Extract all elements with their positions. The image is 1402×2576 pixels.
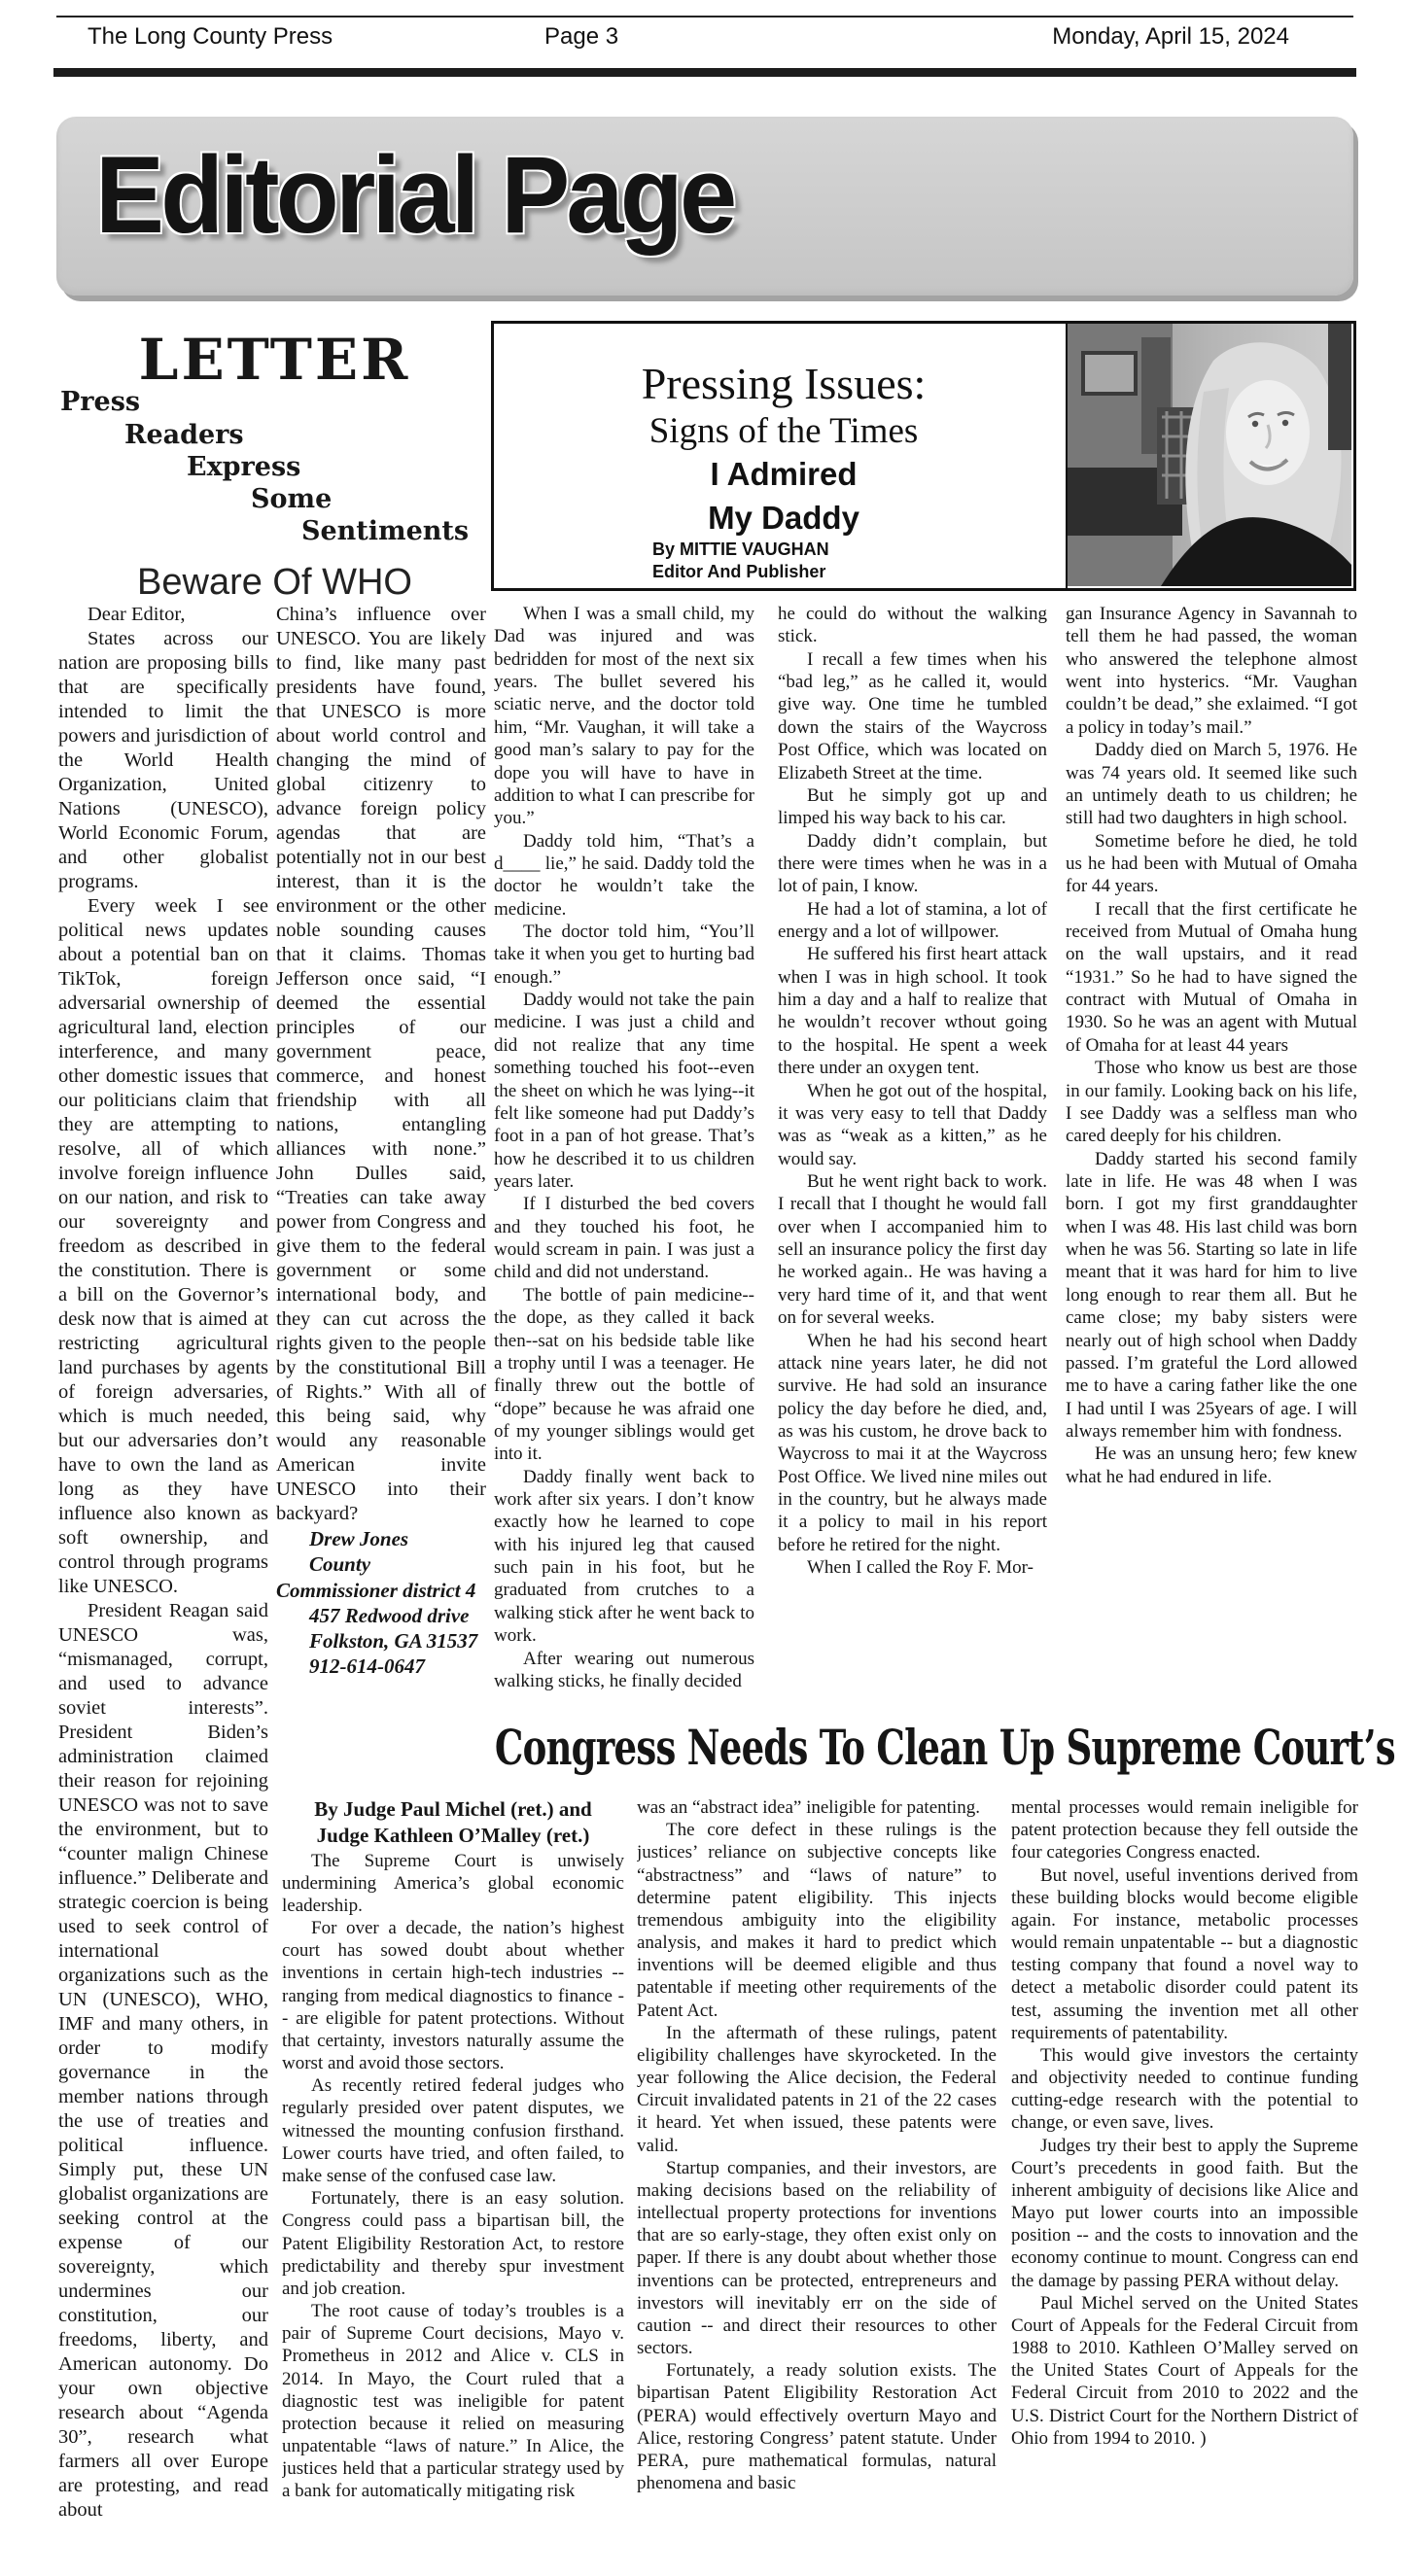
masthead-date: Monday, April 15, 2024 xyxy=(1052,23,1289,51)
pressing-byline-block: By MITTIE VAUGHAN Editor And Publisher xyxy=(652,540,915,582)
pressing-issues-header: Pressing Issues: Signs of the Times I Ad… xyxy=(494,324,1073,588)
paragraph: But he went right back to work. I recall… xyxy=(778,1170,1047,1330)
pressing-headline-line1: I Admired xyxy=(494,453,1073,497)
paragraph: Sometime before he died, he told us he h… xyxy=(1066,830,1357,898)
paragraph: Judges try their best to apply the Supre… xyxy=(1011,2135,1358,2292)
paragraph: Folkston, GA 31537 xyxy=(276,1628,486,1654)
letter-kicker-some: Some xyxy=(251,484,332,514)
paragraph: This would give investors the certainty … xyxy=(1011,2044,1358,2135)
paragraph: Daddy started his second family late in … xyxy=(1066,1148,1357,1444)
paragraph: States across our nation are proposing b… xyxy=(58,627,268,894)
daddy-column-2: he could do without the walking stick.I … xyxy=(778,603,1047,1742)
paragraph: The core defect in these rulings is the … xyxy=(637,1819,997,2022)
paragraph: He suffered his first heart attack when … xyxy=(778,943,1047,1079)
congress-byline: By Judge Paul Michel (ret.) and Judge Ka… xyxy=(282,1796,624,1850)
paragraph: Daddy would not take the pain medicine. … xyxy=(494,989,754,1193)
paragraph: The root cause of today’s troubles is a … xyxy=(282,2300,624,2503)
pressing-headline-line2: My Daddy xyxy=(494,497,1073,540)
paragraph: Daddy told him, “That’s a d____ lie,” he… xyxy=(494,830,754,921)
paragraph: China’s influence over UNESCO. You are l… xyxy=(276,603,486,1526)
paragraph: 912-614-0647 xyxy=(276,1654,486,1679)
paragraph: In the aftermath of these rulings, paten… xyxy=(637,2022,997,2157)
paragraph: When I was a small child, my Dad was inj… xyxy=(494,603,754,830)
newspaper-page: The Long County Press Page 3 Monday, Apr… xyxy=(0,0,1402,2576)
paragraph: Daddy died on March 5, 1976. He was 74 y… xyxy=(1066,739,1357,829)
pressing-byline-role: Editor And Publisher xyxy=(652,561,915,583)
letter-headline: Beware Of WHO xyxy=(58,562,491,604)
letter-kicker-readers: Readers xyxy=(124,420,244,450)
paragraph: 457 Redwood drive xyxy=(276,1603,486,1628)
congress-column-2: was an “abstract idea” ineligible for pa… xyxy=(637,1796,997,2572)
columnist-photo-image xyxy=(1068,324,1351,586)
paragraph: As recently retired federal judges who r… xyxy=(282,2074,624,2187)
paragraph: But he simply got up and limped his way … xyxy=(778,784,1047,830)
paragraph: Daddy finally went back to work after si… xyxy=(494,1466,754,1648)
editorial-page-banner: Editorial Page xyxy=(56,117,1353,296)
paragraph: Daddy didn’t complain, but there were ti… xyxy=(778,830,1047,898)
paragraph: Dear Editor, xyxy=(58,603,268,627)
paragraph: He had a lot of stamina, a lot of energy… xyxy=(778,898,1047,944)
masthead: The Long County Press Page 3 Monday, Apr… xyxy=(0,23,1402,56)
paragraph: Startup companies, and their investors, … xyxy=(637,2157,997,2360)
pressing-column-subtitle: Signs of the Times xyxy=(494,410,1073,453)
paragraph: Every week I see political news updates … xyxy=(58,894,268,1599)
letter-kicker-sentiments: Sentiments xyxy=(301,516,469,546)
paragraph: President Reagan said UNESCO was, “misma… xyxy=(58,1599,268,2523)
congress-column-3: mental processes would remain ineligible… xyxy=(1011,1796,1358,2572)
paragraph: After wearing out numerous walking stick… xyxy=(494,1648,754,1693)
paragraph: Those who know us best are those in our … xyxy=(1066,1057,1357,1147)
paragraph: mental processes would remain ineligible… xyxy=(1011,1796,1358,1864)
letter-column-1: Dear Editor,States across our nation are… xyxy=(58,603,268,2525)
paragraph: If I disturbed the bed covers and they t… xyxy=(494,1193,754,1283)
paragraph: Fortunately, a ready solution exists. Th… xyxy=(637,2359,997,2494)
congress-column-1: By Judge Paul Michel (ret.) and Judge Ka… xyxy=(282,1796,624,2572)
paragraph: When he got out of the hospital, it was … xyxy=(778,1080,1047,1170)
paragraph: he could do without the walking stick. xyxy=(778,603,1047,648)
letter-column-2-text: China’s influence over UNESCO. You are l… xyxy=(276,603,486,1526)
paragraph: County Commissioner district 4 xyxy=(276,1551,486,1603)
paragraph: I recall that the first certificate he r… xyxy=(1066,898,1357,1058)
paragraph: When I called the Roy F. Mor- xyxy=(778,1556,1047,1579)
masthead-page-number: Page 3 xyxy=(544,23,618,51)
paragraph: Paul Michel served on the United States … xyxy=(1011,2292,1358,2450)
paragraph: For over a decade, the nation’s highest … xyxy=(282,1917,624,2074)
daddy-column-3: gan Insurance Agency in Savannah to tell… xyxy=(1066,603,1357,1742)
paragraph: The Supreme Court is unwisely underminin… xyxy=(282,1850,624,1918)
letter-column-2: China’s influence over UNESCO. You are l… xyxy=(276,603,486,1755)
paragraph: I recall a few times when his “bad leg,”… xyxy=(778,648,1047,784)
letter-section-title: LETTER xyxy=(58,327,491,393)
letter-kicker-press: Press xyxy=(60,387,140,417)
masthead-paper-name: The Long County Press xyxy=(88,23,333,51)
paragraph: Fortunately, there is an easy solution. … xyxy=(282,2187,624,2300)
letter-kicker-express: Express xyxy=(187,452,300,482)
columnist-photo xyxy=(1066,324,1353,588)
pressing-issues-box: Pressing Issues: Signs of the Times I Ad… xyxy=(491,321,1356,591)
paragraph: gan Insurance Agency in Savannah to tell… xyxy=(1066,603,1357,739)
daddy-column-1: When I was a small child, my Dad was inj… xyxy=(494,603,754,1742)
editorial-page-title: Editorial Page xyxy=(95,132,733,258)
letter-signature: Drew JonesCounty Commissioner district 4… xyxy=(276,1526,486,1680)
congress-byline-line2: Judge Kathleen O’Malley (ret.) xyxy=(282,1823,624,1849)
masthead-rule xyxy=(53,68,1356,77)
paragraph: Drew Jones xyxy=(276,1526,486,1551)
paragraph: But novel, useful inventions derived fro… xyxy=(1011,1864,1358,2044)
congress-byline-line1: By Judge Paul Michel (ret.) and xyxy=(282,1796,624,1823)
paragraph: The bottle of pain medicine--the dope, a… xyxy=(494,1284,754,1466)
congress-column-1-text: The Supreme Court is unwisely underminin… xyxy=(282,1850,624,2503)
congress-headline: Congress Needs To Clean Up Supreme Court… xyxy=(277,1719,1358,1776)
paragraph: When he had his second heart attack nine… xyxy=(778,1330,1047,1557)
paragraph: The doctor told him, “You’ll take it whe… xyxy=(494,921,754,989)
pressing-column-title: Pressing Issues: xyxy=(494,359,1073,410)
pressing-byline: By MITTIE VAUGHAN xyxy=(652,540,915,561)
top-hairline-rule xyxy=(56,16,1353,17)
paragraph: was an “abstract idea” ineligible for pa… xyxy=(637,1796,997,1819)
paragraph: He was an unsung hero; few knew what he … xyxy=(1066,1443,1357,1488)
